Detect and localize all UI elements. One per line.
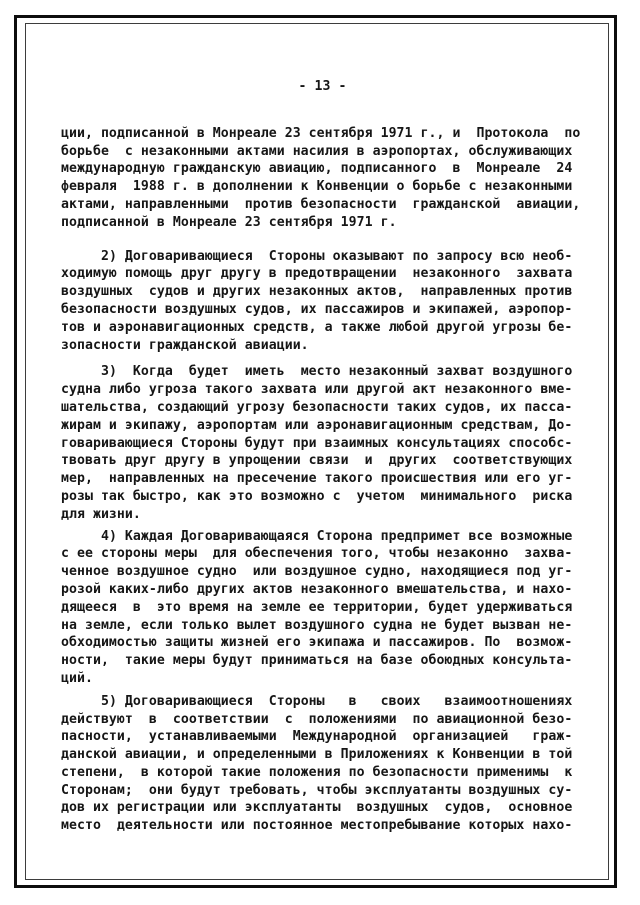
paragraph-item-5: 5) Договаривающиеся Стороны в своих взаи…	[61, 693, 584, 835]
paragraph-item-2: 2) Договаривающиеся Стороны оказывают по…	[61, 248, 584, 355]
page-number-text: - 13 -	[299, 79, 347, 94]
paragraph-continuation: ции, подписанной в Монреале 23 сентября …	[61, 125, 584, 232]
page-text-column: - 13 - ции, подписанной в Монреале 23 се…	[61, 78, 584, 835]
paragraph-item-4: 4) Каждая Договаривающаяся Сторона предп…	[61, 528, 584, 688]
page-number: - 13 -	[61, 78, 584, 96]
scanned-document-page: { "document": { "page_number": "- 13 -",…	[0, 0, 640, 905]
paragraph-item-3: 3) Когда будет иметь место незаконный за…	[61, 363, 584, 523]
